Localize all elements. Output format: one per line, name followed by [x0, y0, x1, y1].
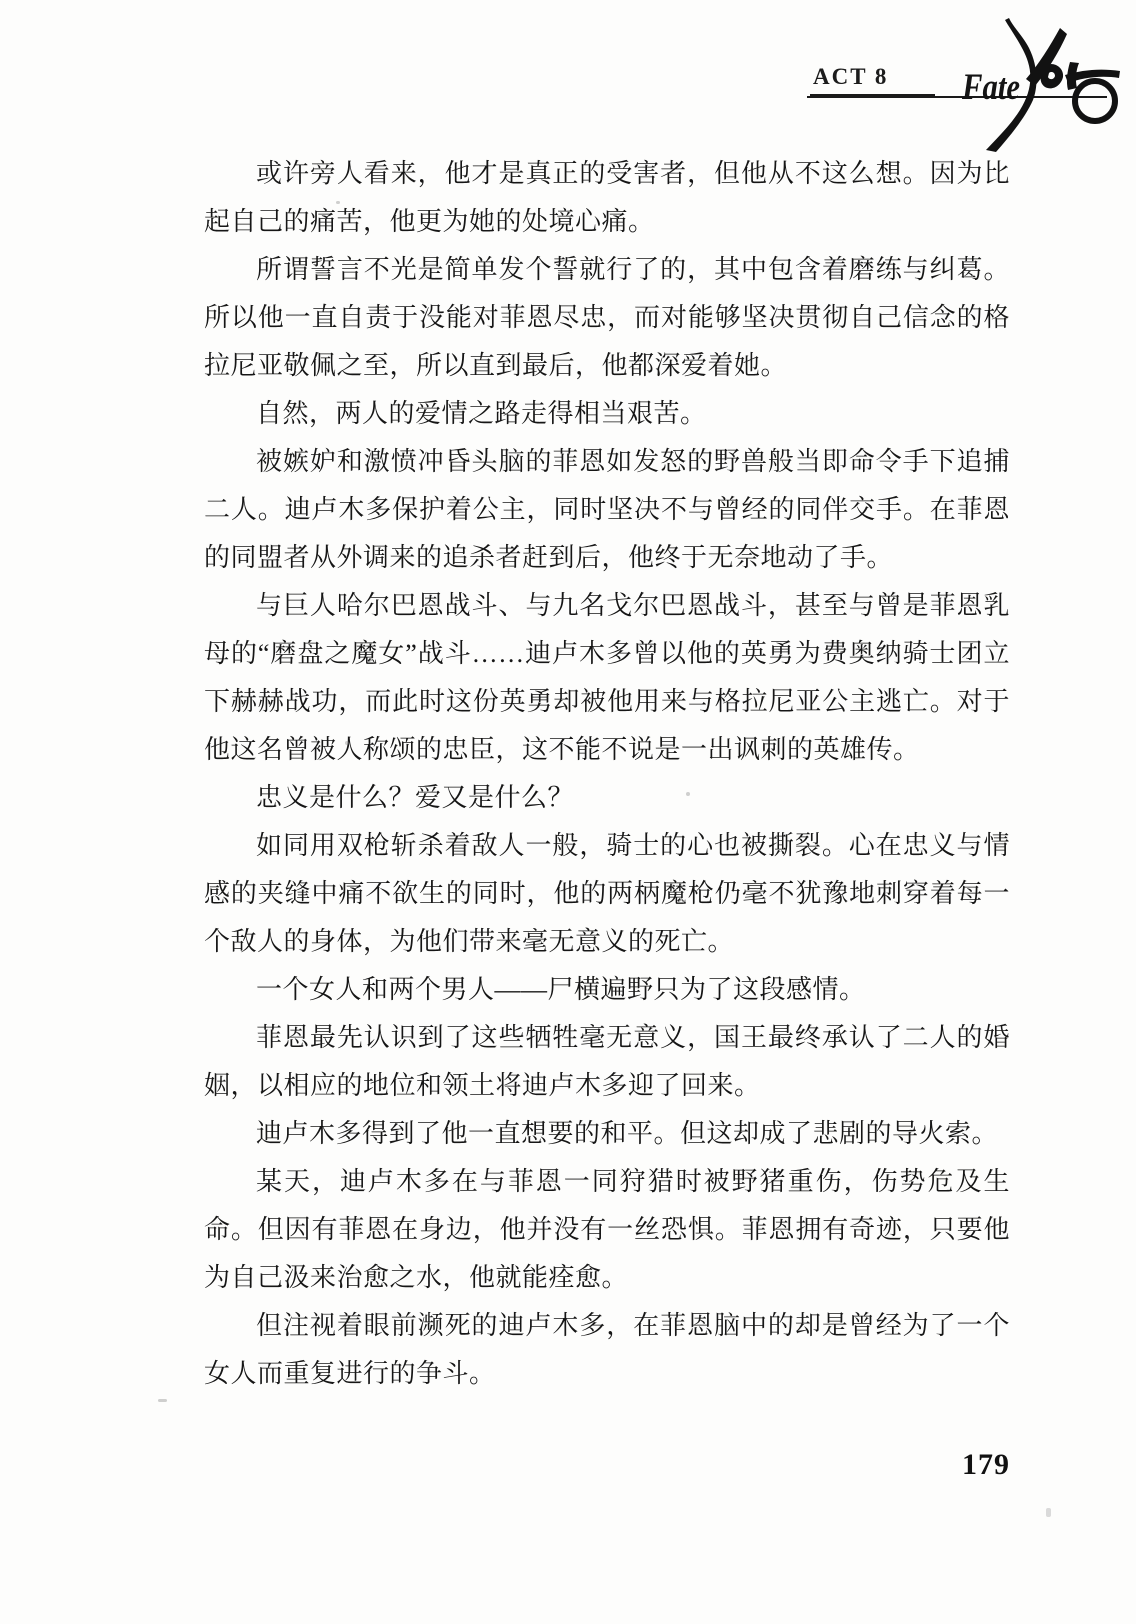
- paragraph: 被嫉妒和激愤冲昏头脑的菲恩如发怒的野兽般当即命令手下追捕二人。迪卢木多保护着公主…: [204, 438, 1010, 582]
- paragraph: 一个女人和两个男人——尸横遍野只为了这段感情。: [204, 966, 1010, 1014]
- body-text: 或许旁人看来，他才是真正的受害者，但他从不这么想。因为比起自己的痛苦，他更为她的…: [204, 150, 1010, 1398]
- scan-speck: [336, 201, 340, 204]
- paragraph: 某天，迪卢木多在与菲恩一同狩猎时被野猪重伤，伤势危及生命。但因有菲恩在身边，他并…: [204, 1158, 1010, 1302]
- paragraph: 菲恩最先认识到了这些牺牲毫无意义，国王最终承认了二人的婚姻，以相应的地位和领土将…: [204, 1014, 1010, 1110]
- header-rule-underline: [810, 94, 935, 97]
- paragraph: 迪卢木多得到了他一直想要的和平。但这却成了悲剧的导火索。: [204, 1110, 1010, 1158]
- scan-speck: [345, 741, 349, 745]
- book-page: ACT 8 Fate 或许旁人看来，他才是真正的受害者，但他从不这么想。因为比起…: [0, 0, 1136, 1624]
- scan-speck: [158, 1399, 167, 1402]
- paragraph: 所谓誓言不光是简单发个誓就行了的，其中包含着磨练与纠葛。所以他一直自责于没能对菲…: [204, 246, 1010, 390]
- scan-speck: [1046, 1508, 1051, 1517]
- paragraph: 自然，两人的爱情之路走得相当艰苦。: [204, 390, 1010, 438]
- paragraph: 或许旁人看来，他才是真正的受害者，但他从不这么想。因为比起自己的痛苦，他更为她的…: [204, 150, 1010, 246]
- paragraph: 但注视着眼前濒死的迪卢木多，在菲恩脑中的却是曾经为了一个女人而重复进行的争斗。: [204, 1302, 1010, 1398]
- zero-o-ring-icon: [1075, 81, 1115, 121]
- act-heading: ACT 8: [813, 64, 888, 90]
- paragraph: 与巨人哈尔巴恩战斗、与九名戈尔巴恩战斗，甚至与曾是菲恩乳母的“磨盘之魔女”战斗……: [204, 582, 1010, 774]
- fate-zero-logo: Fate: [930, 0, 1136, 152]
- page-number: 179: [962, 1448, 1010, 1482]
- paragraph: 如同用双枪斩杀着敌人一般，骑士的心也被撕裂。心在忠义与情感的夹缝中痛不欲生的同时…: [204, 822, 1010, 966]
- paragraph: 忠义是什么？爱又是什么？: [204, 774, 1010, 822]
- scan-speck: [686, 792, 690, 796]
- fate-logo-text: Fate: [961, 67, 1020, 108]
